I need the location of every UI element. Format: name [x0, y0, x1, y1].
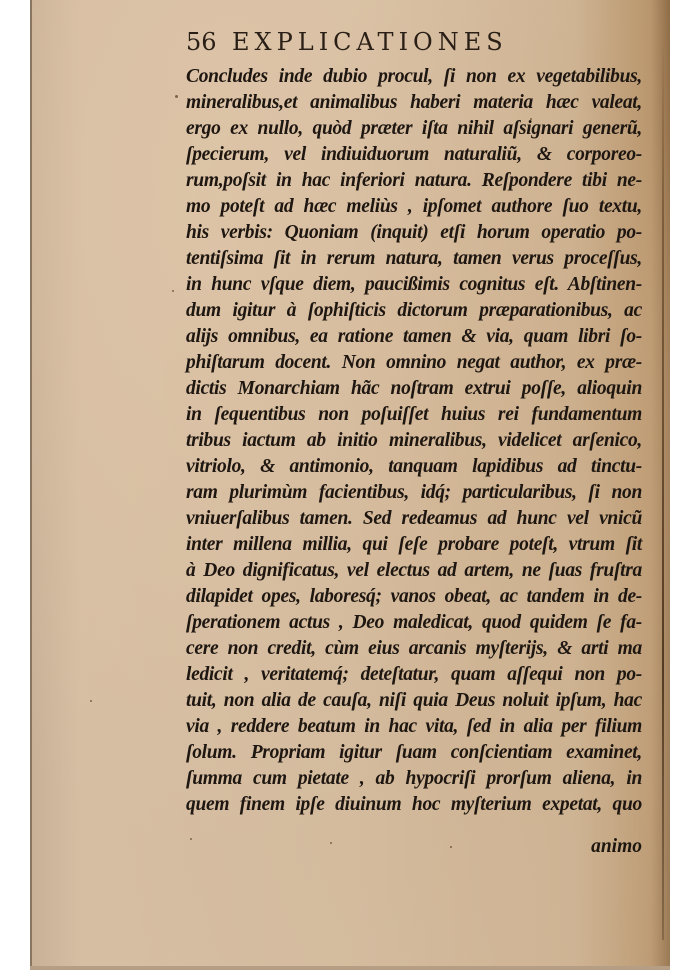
page-number: 56: [186, 28, 217, 56]
text-line: ſumma cum pietate , ab hypocriſi prorſum…: [186, 766, 642, 792]
running-head: 56 EXPLICATIONES: [186, 28, 646, 58]
text-line: alijs omnibus, ea ratione tamen & via, q…: [186, 324, 642, 350]
text-line: vniuerſalibus tamen. Sed redeamus ad hun…: [186, 506, 642, 532]
text-line: via , reddere beatum in hac vita, ſed in…: [186, 714, 642, 740]
running-head-title: EXPLICATIONES: [232, 28, 508, 56]
text-line: inter millena millia, qui ſeſe probare p…: [186, 532, 642, 558]
text-line: dilapidet opes, laboresq́; vanos obeat, …: [186, 584, 642, 610]
text-line: ram plurimùm facientibus, idq́; particul…: [186, 480, 642, 506]
body-text: Concludes inde dubio procul, ſi non ex v…: [186, 64, 642, 818]
text-line: ſperationem actus , Deo maledicat, quod …: [186, 610, 642, 636]
text-line: his verbis: Quoniam (inquit) etſi horum …: [186, 220, 642, 246]
text-line: ledicit , veritatemq́; deteſtatur, quam …: [186, 662, 642, 688]
text-line: à Deo dignificatus, vel electus ad artem…: [186, 558, 642, 584]
text-line: phiſtarum docent. Non omnino negat autho…: [186, 350, 642, 376]
page-bottom-edge: [30, 966, 670, 970]
text-line: dum igitur à ſophiſticis dictorum præpar…: [186, 298, 642, 324]
text-line: in hunc vſque diem, paucißimis cognitus …: [186, 272, 642, 298]
text-line: tribus iactum ab initio mineralibus, vid…: [186, 428, 642, 454]
text-line: Concludes inde dubio procul, ſi non ex v…: [186, 64, 642, 90]
text-line: dictis Monarchiam hãc noſtram extrui poſ…: [186, 376, 642, 402]
text-line: rum,poſsit in hac inferiori natura. Reſp…: [186, 168, 642, 194]
text-line: mo poteſt ad hæc meliùs , ipſomet author…: [186, 194, 642, 220]
text-line: vitriolo, & antimonio, tanquam lapidibus…: [186, 454, 642, 480]
text-line: tentiſsima ſit in rerum natura, tamen ve…: [186, 246, 642, 272]
text-line: quem finem ipſe diuinum hoc myſterium ex…: [186, 792, 642, 818]
catchword: animo: [186, 836, 642, 858]
text-line: ergo ex nullo, quòd præter iſta nihil aſ…: [186, 116, 642, 142]
text-line: in ſequentibus non poſuiſſet huius rei f…: [186, 402, 642, 428]
text-line: cere non credit, cùm eius arcanis myſter…: [186, 636, 642, 662]
page-edge-shadow: [662, 40, 664, 940]
text-line: tuit, non alia de cauſa, niſi quia Deus …: [186, 688, 642, 714]
text-line: mineralibus,et animalibus haberi materia…: [186, 90, 642, 116]
text-line: ſolum. Propriam igitur ſuam conſcientiam…: [186, 740, 642, 766]
text-line: ſpecierum, vel indiuiduorum naturaliũ, &…: [186, 142, 642, 168]
